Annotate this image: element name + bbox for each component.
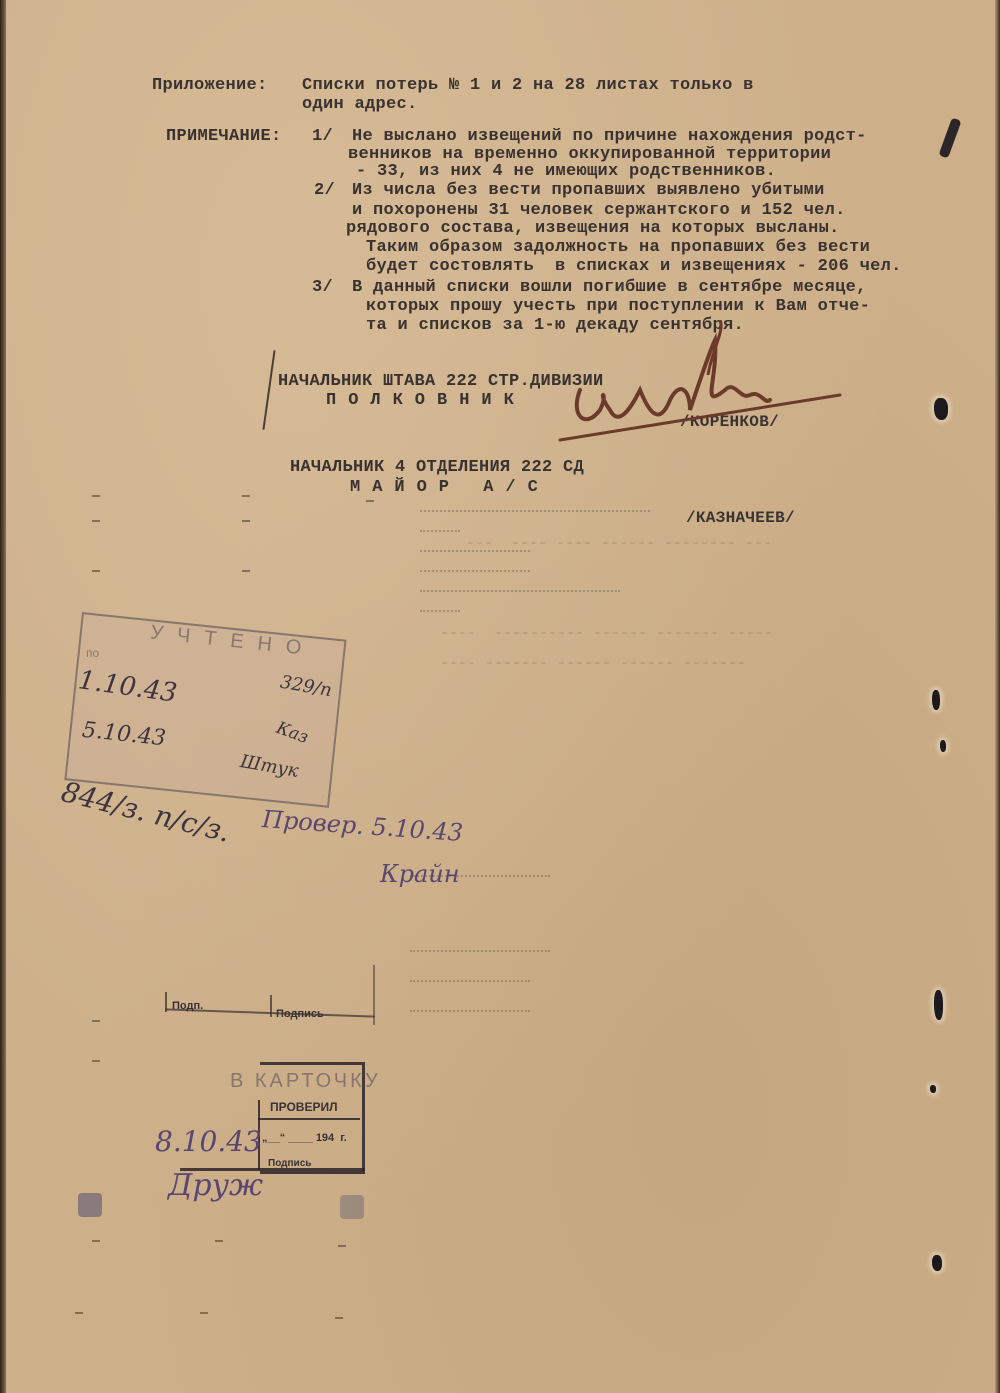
dotted-line (420, 550, 530, 552)
note-3-line-2: которых прошу учесть при поступлении к В… (366, 298, 870, 316)
dotted-line (420, 590, 620, 592)
handwritten-checked-date: Провер. 5.10.43 (261, 805, 464, 847)
margin-dash (366, 500, 374, 502)
page-left-edge (0, 0, 6, 1393)
punch-hole (934, 398, 948, 420)
ink-mark (938, 117, 961, 158)
stamp-kartochku-handwritten-date: 8.10.43 (155, 1125, 262, 1158)
dotted-line (420, 570, 530, 572)
punch-hole (940, 740, 946, 752)
page-right-edge (995, 0, 1000, 1393)
note-2-line-4: Таким образом задолжность на пропавших б… (366, 239, 870, 257)
note-2-line-3: рядового состава, извещения на которых в… (346, 220, 840, 238)
stamp-uchteno-label: по (86, 646, 99, 660)
dotted-line (420, 530, 460, 532)
stamp-kartochku-handwritten-sign: Друж (168, 1168, 263, 1203)
punch-hole (934, 990, 943, 1020)
margin-dash (242, 570, 250, 572)
handwritten-checker-signature: Крайн (380, 860, 460, 888)
note-1-line-3: - 33, из них 4 не имеющих родственников. (356, 163, 776, 181)
margin-dash (200, 1312, 208, 1314)
punch-hole (932, 690, 940, 710)
stamp-kartochku-sign-label: Подпись (268, 1158, 311, 1169)
ink-blotch (78, 1193, 102, 1217)
margin-dash (92, 570, 100, 572)
signature-2-rank: МАЙОР А/С (350, 479, 550, 497)
document-page: --- ---- ---- ------ -------- --- ---- -… (0, 0, 1000, 1393)
note-2-line-1: Из числа без вести пропавших выявлено уб… (352, 182, 825, 200)
margin-dash (92, 520, 100, 522)
note-3-number: 3/ (312, 279, 333, 297)
punch-hole (932, 1255, 942, 1271)
dotted-line (410, 980, 530, 982)
signature-2-name: /КАЗНАЧЕЕВ/ (686, 509, 795, 527)
margin-dash (215, 1240, 223, 1242)
margin-dash (75, 1312, 83, 1314)
signature-2-title: НАЧАЛЬНИК 4 ОТДЕЛЕНИЯ 222 СД (290, 459, 584, 477)
note-2-line-2: и похоронены 31 человек сержантского и 1… (352, 202, 846, 220)
note-2-line-5: будет состовлять в списках и извещениях … (366, 258, 902, 276)
ink-blotch (340, 1195, 364, 1219)
note-label: ПРИМЕЧАНИЕ: (166, 128, 282, 146)
stamp-kartochku-header: В КАРТОЧКУ (230, 1070, 381, 1093)
note-2-number: 2/ (314, 182, 335, 200)
stamp-kartochku-date-template: „__“ ____ 194 г. (262, 1132, 347, 1144)
dotted-line (410, 1010, 530, 1012)
margin-dash (92, 1240, 100, 1242)
note-1-number: 1/ (312, 128, 333, 146)
margin-dash (338, 1245, 346, 1247)
pen-stroke (262, 350, 275, 429)
dotted-line (420, 610, 460, 612)
margin-dash (242, 520, 250, 522)
attachment-line-2: один адрес. (302, 96, 418, 114)
bleed-through-text: ---- ------- ------ ------ ------- (440, 655, 746, 672)
margin-dash (335, 1317, 343, 1319)
note-1-line-1: Не выслано извещений по причине нахожден… (352, 128, 867, 146)
note-3-line-1: В данный списки вошли погибшие в сентябр… (352, 279, 867, 297)
punch-hole (930, 1085, 936, 1093)
signature-1-rank: ПОЛКОВНИК (326, 392, 526, 410)
margin-dash (92, 1060, 100, 1062)
attachment-line-1: Списки потерь № 1 и 2 на 28 листах тольк… (302, 77, 754, 95)
attachment-label: Приложение: (152, 77, 268, 95)
dotted-line (410, 950, 550, 952)
dotted-line (420, 510, 650, 512)
bleed-through-text: ---- ---------- ------ ------- ----- (440, 625, 773, 642)
stamp-podpis-label-1: Подп. (172, 1000, 203, 1012)
stamp-podpis-label-2: Подпись (276, 1008, 324, 1020)
margin-dash (92, 1020, 100, 1022)
margin-dash (92, 495, 100, 497)
stamp-kartochku-checked-label: ПРОВЕРИЛ (270, 1100, 338, 1114)
margin-dash (242, 495, 250, 497)
